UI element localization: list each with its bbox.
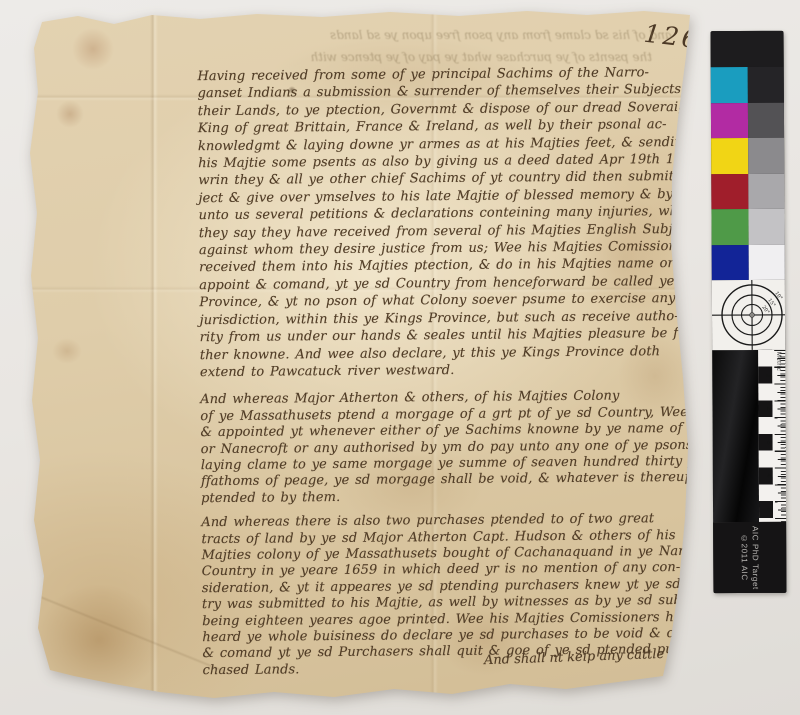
stain: [52, 338, 82, 364]
degree-label: 10°: [773, 291, 783, 302]
target-patch-row: [711, 138, 784, 174]
stain: [72, 28, 114, 70]
target-patch-row: [711, 67, 784, 103]
ruler-number: 2: [765, 406, 772, 410]
color-patch: [712, 244, 749, 280]
manuscript-line: ptended to by them.: [201, 487, 699, 508]
stain: [56, 100, 84, 128]
manuscript-text: Having received from some of ye principa…: [197, 64, 700, 680]
target-title: AIC PhD Target: [751, 526, 760, 590]
bullseye-target: 10° 15° 20°: [712, 280, 785, 350]
ruler-number: 5: [766, 507, 773, 511]
color-patch: [711, 103, 748, 139]
ruler-metric-label: Metric: [775, 352, 781, 371]
bullseye-graphic: 10° 15° 20°: [712, 280, 785, 350]
showthrough-line: and of his sd clame from any pson free u…: [232, 28, 672, 42]
manuscript-line: extend to Pawcatuck river westward.: [200, 360, 698, 382]
gray-patch: [749, 244, 785, 280]
target-black-header: [711, 31, 784, 67]
color-patch: [711, 209, 748, 245]
manuscript-page: 126 and of his sd clame from any pson fr…: [22, 8, 698, 700]
color-patch: [711, 67, 748, 103]
target-patch-row: [711, 209, 784, 245]
target-copyright: ©2011 AIC: [740, 534, 749, 581]
gray-patch: [748, 138, 784, 174]
showthrough-line: the psents of ye purchase what ye pay of…: [212, 50, 652, 64]
ruler-number: 4: [765, 473, 772, 477]
color-patch: [711, 138, 748, 174]
ruler-tick-scale: [772, 350, 786, 522]
color-target-card: 10° 15° 20° Metric 1 2 3 4 5 AIC PhD Tar…: [711, 31, 787, 593]
target-patch-row: [711, 173, 784, 209]
gray-patch: [748, 209, 784, 245]
target-patch-row: [712, 244, 785, 280]
paragraph: And whereas Major Atherton & others, of …: [200, 388, 699, 507]
gray-patch: [748, 67, 784, 103]
target-patch-row: [711, 102, 784, 138]
gray-patch: [748, 102, 784, 138]
target-footer: AIC PhD Target ©2011 AIC: [713, 522, 786, 593]
paragraph: Having received from some of ye principa…: [197, 64, 698, 382]
ruler-number: 3: [765, 440, 772, 444]
gray-patch: [748, 173, 784, 209]
paper-sheet: 126 and of his sd clame from any pson fr…: [22, 8, 698, 700]
ruler-number: 1: [765, 373, 772, 377]
color-patch: [711, 173, 748, 209]
ruler-black-band: [712, 350, 759, 522]
target-patch-rows: [711, 67, 785, 280]
fold-crease-vertical: [150, 8, 158, 700]
fold-crease-diagonal: [19, 587, 224, 673]
degree-label: 20°: [760, 305, 770, 316]
metric-ruler: Metric 1 2 3 4 5: [712, 350, 786, 522]
target-footer-text: AIC PhD Target ©2011 AIC: [739, 526, 761, 590]
photo-of-manuscript: { "page": { "number": "126" }, "manuscri…: [0, 0, 800, 715]
